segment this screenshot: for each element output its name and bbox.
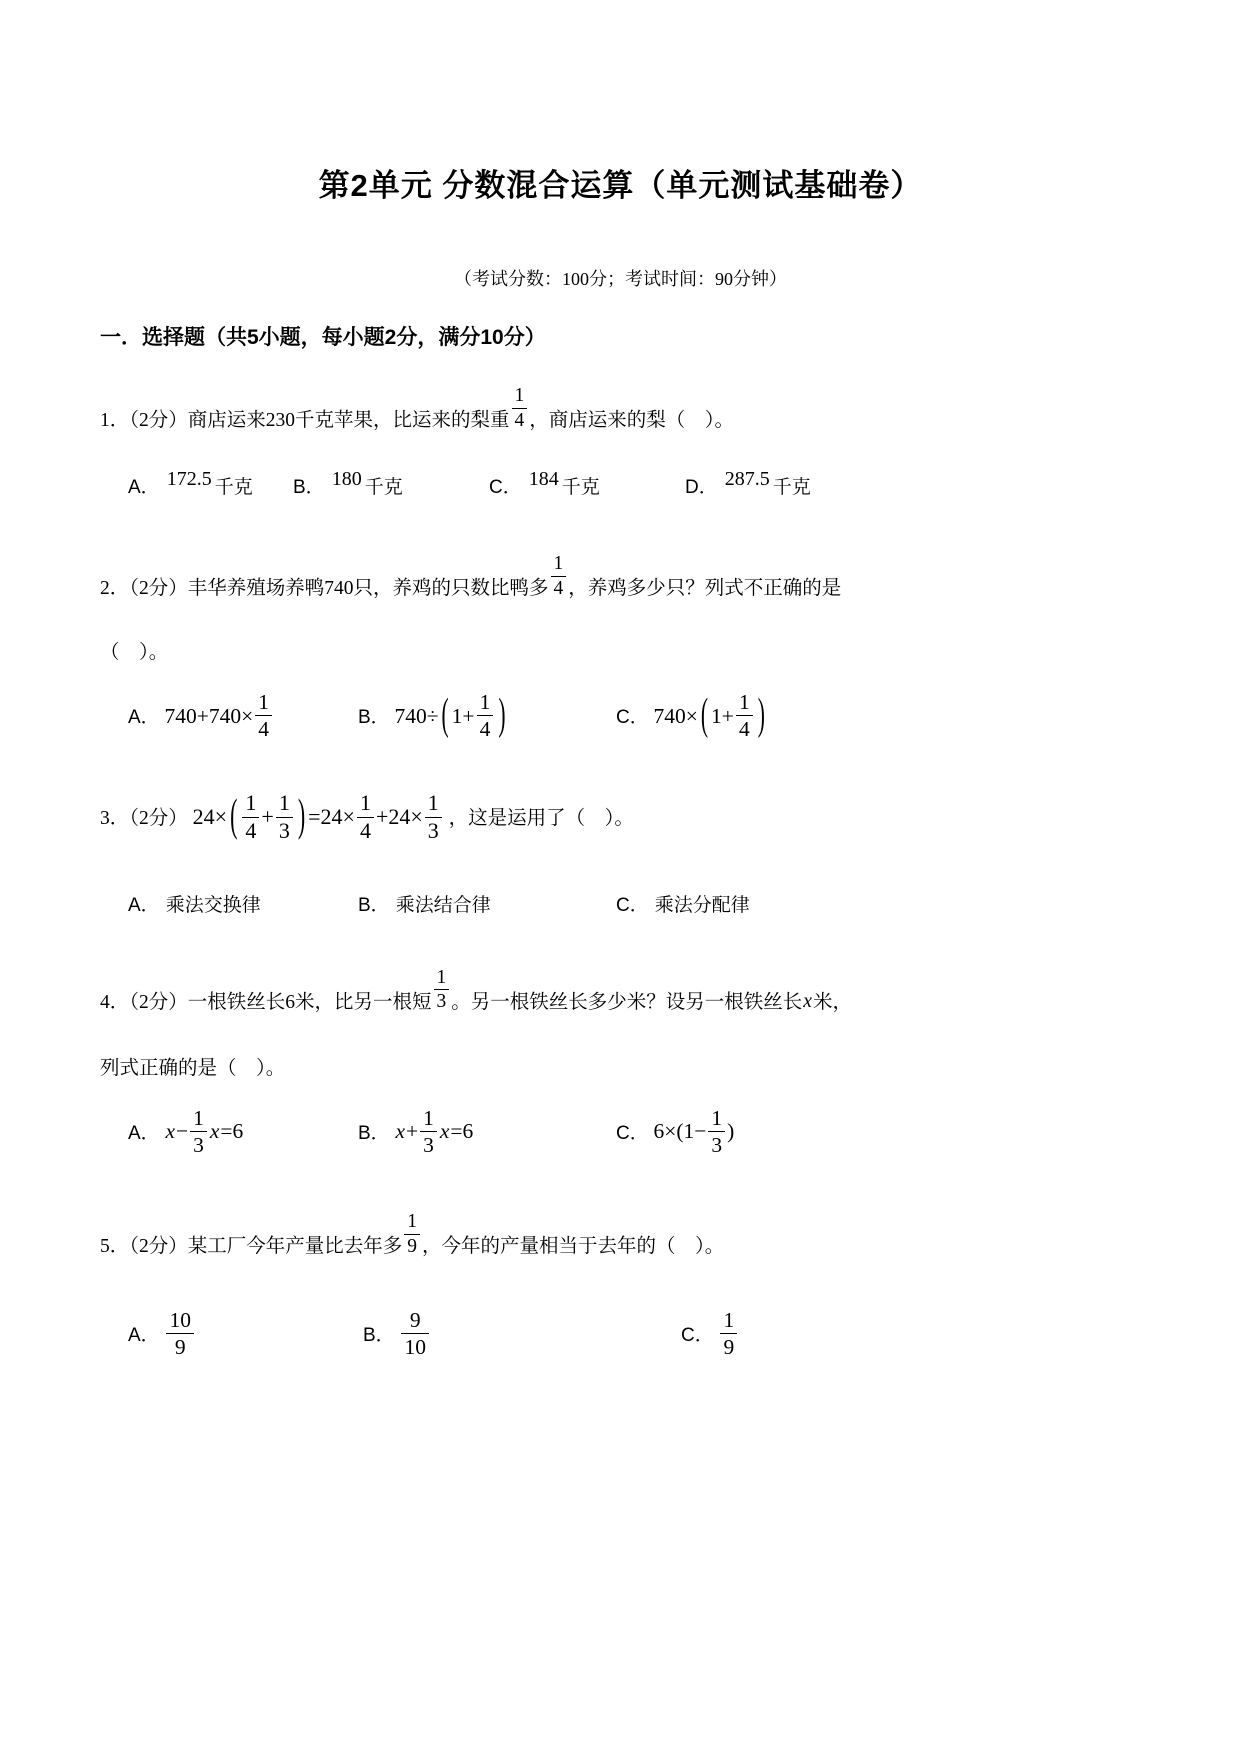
- q4-option-b: B． x+13x=6: [358, 1106, 616, 1157]
- question-5: 5．（2分）某工厂今年产量比去年多19，今年的产量相当于去年的（ ）。 A． 1…: [100, 1211, 1141, 1359]
- option-expression: 740+740×14: [164, 704, 274, 728]
- fraction: 14: [477, 690, 494, 741]
- fraction-denominator: 4: [736, 715, 753, 741]
- fraction: 13: [708, 1106, 725, 1157]
- q1-option-c: C．184千克: [489, 472, 685, 499]
- question-4: 4．（2分）一根铁丝长6米，比另一根短13。另一根铁丝长多少米？设另一根铁丝长x…: [100, 967, 1141, 1157]
- math-text: 米，: [813, 991, 852, 1012]
- option-expression: x−13x=6: [164, 1119, 243, 1143]
- q2-answer-blank: （ ）。: [100, 636, 1141, 664]
- fraction-numerator: 1: [551, 553, 567, 576]
- section-heading: 一．选择题（共5小题，每小题2分，满分10分）: [100, 321, 1141, 351]
- fraction: 19: [720, 1308, 737, 1359]
- q2-options: A． 740+740×14 B． 740÷(1+14) C． 740×(1+14…: [100, 690, 1141, 741]
- right-paren: ): [495, 690, 508, 741]
- q3-options: A．乘法交换律 B．乘法结合律 C．乘法分配律: [100, 890, 1141, 917]
- option-label: A．: [128, 707, 160, 728]
- option-label: C．: [616, 895, 649, 916]
- option-label: B．: [358, 895, 390, 916]
- q1-stem: 1．（2分）商店运来230千克苹果，比运来的梨重14，商店运来的梨（ ）。: [100, 385, 1141, 436]
- option-label: A．: [128, 477, 160, 498]
- question-1: 1．（2分）商店运来230千克苹果，比运来的梨重14，商店运来的梨（ ）。 A．…: [100, 385, 1141, 499]
- fraction-denominator: 4: [512, 408, 528, 432]
- q3-equation: 24×(14+13)=24×14+24×13: [193, 804, 444, 829]
- option-unit: 千克: [562, 477, 600, 498]
- math-text: =6: [220, 1119, 243, 1143]
- q3-option-c: C．乘法分配律: [616, 890, 750, 917]
- fraction-denominator: 3: [276, 817, 293, 844]
- q1-option-a: A．172.5千克: [128, 472, 293, 499]
- right-paren: ): [755, 690, 768, 741]
- q5-stem: 5．（2分）某工厂今年产量比去年多19，今年的产量相当于去年的（ ）。: [100, 1211, 1141, 1262]
- option-label: A．: [128, 1325, 160, 1346]
- left-paren: (: [227, 790, 240, 843]
- fraction-numerator: 1: [736, 690, 753, 715]
- question-3: 3．（2分） 24×(14+13)=24×14+24×13 ，这是运用了（ ）。…: [100, 791, 1141, 916]
- fraction-numerator: 10: [166, 1308, 194, 1333]
- fraction: 14: [242, 791, 259, 843]
- math-variable: x: [164, 1119, 176, 1143]
- fraction: 14: [512, 385, 528, 432]
- option-label: C．: [616, 1122, 649, 1143]
- option-value: 180: [332, 468, 362, 491]
- q4-stem-line2: 列式正确的是（ ）。: [100, 1052, 1141, 1080]
- fraction: 14: [255, 690, 272, 741]
- q4-options: A． x−13x=6 B． x+13x=6 C． 6×(1−13): [100, 1106, 1141, 1157]
- math-text: ，今年的产量相当于去年的（ ）。: [422, 1236, 724, 1257]
- option-unit: 千克: [365, 477, 403, 498]
- fraction-numerator: 1: [276, 791, 293, 817]
- q1-options: A．172.5千克 B．180千克 C．184千克 D．287.5千克: [100, 472, 1141, 499]
- fraction-numerator: 1: [357, 791, 374, 817]
- math-text: 740÷: [394, 704, 438, 728]
- fraction: 13: [434, 967, 450, 1014]
- fraction-denominator: 9: [404, 1234, 420, 1258]
- math-text: ): [727, 1119, 734, 1143]
- option-label: A．: [128, 895, 160, 916]
- math-text: ，养鸡多少只？列式不正确的是: [568, 578, 841, 599]
- math-text: ，商店运来的梨（ ）。: [529, 410, 734, 431]
- doc-title: 第2单元 分数混合运算（单元测试基础卷）: [100, 160, 1141, 205]
- fraction-denominator: 4: [255, 715, 272, 741]
- q5-option-a: A． 109: [128, 1308, 363, 1359]
- fraction-denominator: 4: [551, 576, 567, 600]
- fraction-numerator: 1: [708, 1106, 725, 1131]
- document-page: 第2单元 分数混合运算（单元测试基础卷） （考试分数：100分；考试时间：90分…: [0, 0, 1241, 1754]
- math-text: 。另一根铁丝长多少米？设另一根铁丝长: [451, 991, 802, 1012]
- fraction-numerator: 1: [434, 967, 450, 990]
- right-paren: ): [295, 790, 308, 843]
- fraction: 13: [425, 791, 442, 843]
- q3-number: 3．（2分）: [100, 808, 188, 829]
- math-text: +: [406, 1119, 418, 1143]
- option-text: 乘法分配律: [655, 895, 750, 916]
- math-text: +24×: [376, 804, 423, 829]
- fraction-denominator: 4: [477, 715, 494, 741]
- math-variable: x: [209, 1119, 221, 1143]
- option-expression: 19: [718, 1322, 739, 1346]
- q2-option-a: A． 740+740×14: [128, 690, 358, 741]
- math-variable: x: [439, 1119, 451, 1143]
- fraction-numerator: 1: [477, 690, 494, 715]
- option-label: D．: [685, 477, 718, 498]
- fraction: 109: [166, 1308, 194, 1359]
- math-text: 4．（2分）一根铁丝长6米，比另一根短: [100, 991, 432, 1012]
- math-text: 2．（2分）丰华养殖场养鸭740只，养鸡的只数比鸭多: [100, 578, 549, 599]
- option-label: C．: [489, 477, 522, 498]
- option-expression: 109: [164, 1322, 196, 1346]
- math-text: 1．（2分）商店运来230千克苹果，比运来的梨重: [100, 410, 510, 431]
- q1-option-b: B．180千克: [293, 472, 489, 499]
- math-text: 24×: [193, 804, 227, 829]
- fraction-denominator: 3: [708, 1131, 725, 1157]
- math-text: 740×: [653, 704, 697, 728]
- option-label: C．: [616, 707, 649, 728]
- option-label: C．: [681, 1325, 714, 1346]
- math-text: =24×: [308, 804, 355, 829]
- left-paren: (: [439, 690, 452, 741]
- option-value: 184: [529, 468, 559, 491]
- math-text: 1+: [452, 704, 475, 728]
- fraction-numerator: 1: [512, 385, 528, 408]
- q3-option-a: A．乘法交换律: [128, 890, 358, 917]
- fraction-numerator: 1: [720, 1308, 737, 1333]
- q5-options: A． 109 B． 910 C． 19: [100, 1308, 1141, 1359]
- q2-stem: 2．（2分）丰华养殖场养鸭740只，养鸡的只数比鸭多14，养鸡多少只？列式不正确…: [100, 553, 1141, 604]
- option-label: B．: [358, 707, 390, 728]
- fraction-numerator: 1: [255, 690, 272, 715]
- option-label: B．: [293, 477, 325, 498]
- option-label: B．: [363, 1325, 395, 1346]
- question-2: 2．（2分）丰华养殖场养鸭740只，养鸡的只数比鸭多14，养鸡多少只？列式不正确…: [100, 553, 1141, 741]
- q2-option-c: C． 740×(1+14): [616, 690, 768, 741]
- fraction-denominator: 10: [401, 1333, 429, 1359]
- fraction: 910: [401, 1308, 429, 1359]
- fraction-numerator: 1: [420, 1106, 437, 1131]
- math-text: =6: [450, 1119, 473, 1143]
- math-text: 1+: [711, 704, 734, 728]
- math-text: 5．（2分）某工厂今年产量比去年多: [100, 1236, 402, 1257]
- option-label: A．: [128, 1122, 160, 1143]
- fraction: 13: [190, 1106, 207, 1157]
- fraction-denominator: 4: [242, 817, 259, 844]
- fraction-denominator: 3: [434, 989, 450, 1013]
- option-label: B．: [358, 1122, 390, 1143]
- fraction-denominator: 3: [425, 817, 442, 844]
- math-text: −: [176, 1119, 188, 1143]
- fraction: 14: [736, 690, 753, 741]
- left-paren: (: [698, 690, 711, 741]
- fraction-numerator: 1: [242, 791, 259, 817]
- math-variable: x: [394, 1119, 406, 1143]
- fraction: 13: [276, 791, 293, 843]
- option-expression: 910: [399, 1322, 431, 1346]
- fraction: 14: [357, 791, 374, 843]
- fraction: 13: [420, 1106, 437, 1157]
- q2-option-b: B． 740÷(1+14): [358, 690, 616, 741]
- fraction: 19: [404, 1211, 420, 1258]
- q1-option-d: D．287.5千克: [685, 472, 811, 499]
- fraction-denominator: 3: [420, 1131, 437, 1157]
- fraction-denominator: 3: [190, 1131, 207, 1157]
- fraction-denominator: 4: [357, 817, 374, 844]
- option-unit: 千克: [773, 477, 811, 498]
- fraction-numerator: 1: [425, 791, 442, 817]
- math-variable: x: [802, 991, 813, 1012]
- fraction-numerator: 1: [190, 1106, 207, 1131]
- math-text: 740+740×: [164, 704, 253, 728]
- fraction-denominator: 9: [166, 1333, 194, 1359]
- option-expression: x+13x=6: [394, 1119, 473, 1143]
- fraction-denominator: 9: [720, 1333, 737, 1359]
- option-value: 172.5: [167, 468, 212, 491]
- option-text: 乘法交换律: [166, 895, 261, 916]
- q4-option-a: A． x−13x=6: [128, 1106, 358, 1157]
- q4-option-c: C． 6×(1−13): [616, 1106, 734, 1157]
- q5-option-c: C． 19: [681, 1308, 739, 1359]
- option-expression: 6×(1−13): [653, 1119, 734, 1143]
- math-text: 6×(1−: [653, 1119, 706, 1143]
- doc-subtitle: （考试分数：100分；考试时间：90分钟）: [100, 265, 1141, 291]
- option-expression: 740×(1+14): [653, 704, 767, 728]
- q4-stem: 4．（2分）一根铁丝长6米，比另一根短13。另一根铁丝长多少米？设另一根铁丝长x…: [100, 967, 1141, 1018]
- q3-option-b: B．乘法结合律: [358, 890, 616, 917]
- fraction-numerator: 1: [404, 1211, 420, 1234]
- math-text: +: [261, 804, 273, 829]
- option-expression: 740÷(1+14): [394, 704, 508, 728]
- option-unit: 千克: [215, 477, 253, 498]
- option-value: 287.5: [725, 468, 770, 491]
- q3-stem: 3．（2分） 24×(14+13)=24×14+24×13 ，这是运用了（ ）。: [100, 791, 1141, 843]
- option-text: 乘法结合律: [396, 895, 491, 916]
- fraction-numerator: 9: [401, 1308, 429, 1333]
- q3-stem-post: ，这是运用了（ ）。: [449, 808, 634, 829]
- q5-option-b: B． 910: [363, 1308, 681, 1359]
- fraction: 14: [551, 553, 567, 600]
